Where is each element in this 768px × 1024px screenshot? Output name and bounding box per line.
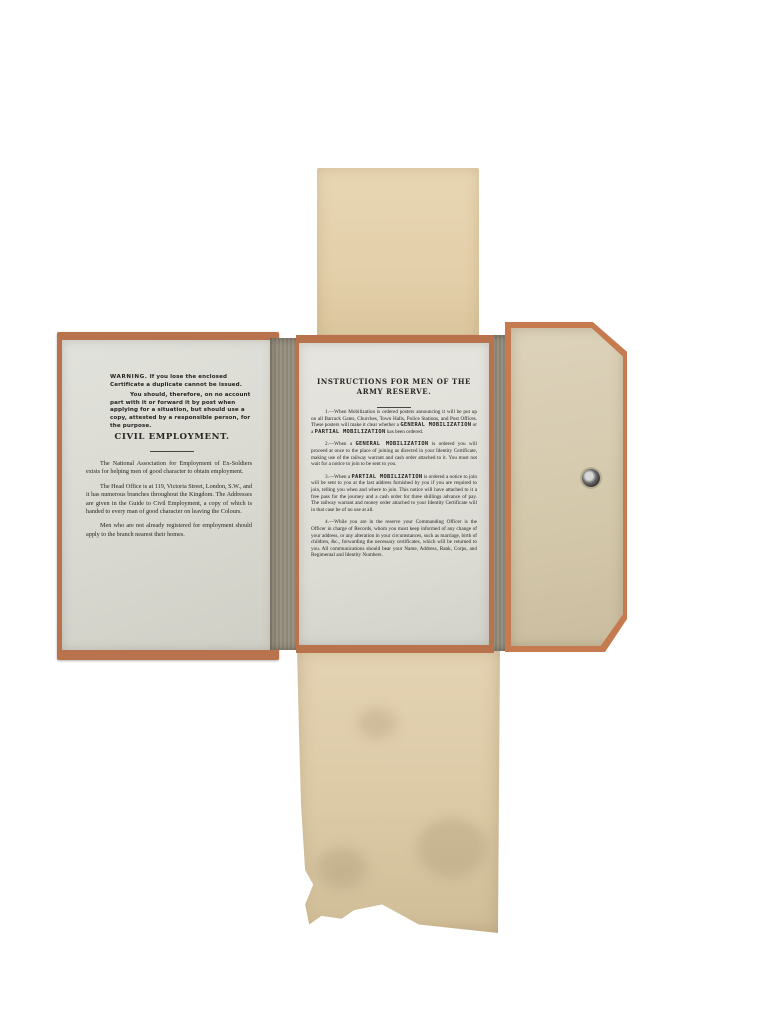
heading-rule xyxy=(150,451,194,452)
left-page-civil-employment: WARNING. If you lose the enclosed Certif… xyxy=(62,340,272,650)
bottom-torn-paper-flap xyxy=(297,648,500,933)
paragraph-registration: Men who are not already registered for e… xyxy=(86,522,252,539)
instruction-item-4: 4.—While you are in the reserve your Com… xyxy=(311,519,477,559)
instructions-heading-line2: ARMY RESERVE. xyxy=(303,387,485,397)
warning-label: WARNING. xyxy=(110,374,148,380)
right-closing-flap xyxy=(511,328,623,646)
instructions-heading-line1: INSTRUCTIONS FOR MEN OF THE xyxy=(303,377,485,387)
instructions-rule xyxy=(377,407,411,408)
paragraph-head-office: The Head Office is at 119, Victoria Stre… xyxy=(86,483,252,517)
warning-block: WARNING. If you lose the enclosed Certif… xyxy=(110,374,256,389)
middle-page-army-reserve-instructions: INSTRUCTIONS FOR MEN OF THE ARMY RESERVE… xyxy=(299,343,489,645)
instruction-item-3: 3.—When a PARTIAL MOBILIZATION is ordere… xyxy=(311,474,477,514)
top-paper-flap xyxy=(317,168,479,348)
paragraph-association: The National Association for Employment … xyxy=(86,460,252,477)
instruction-item-1: 1.—When Mobilization is ordered posters … xyxy=(311,409,477,435)
instruction-item-2: 2.—When a GENERAL MOBILIZATION is ordere… xyxy=(311,441,477,467)
press-stud-icon[interactable] xyxy=(582,469,600,487)
warning-advice: You should, therefore, on no account par… xyxy=(110,392,256,430)
civil-employment-heading: CIVIL EMPLOYMENT. xyxy=(82,432,262,442)
